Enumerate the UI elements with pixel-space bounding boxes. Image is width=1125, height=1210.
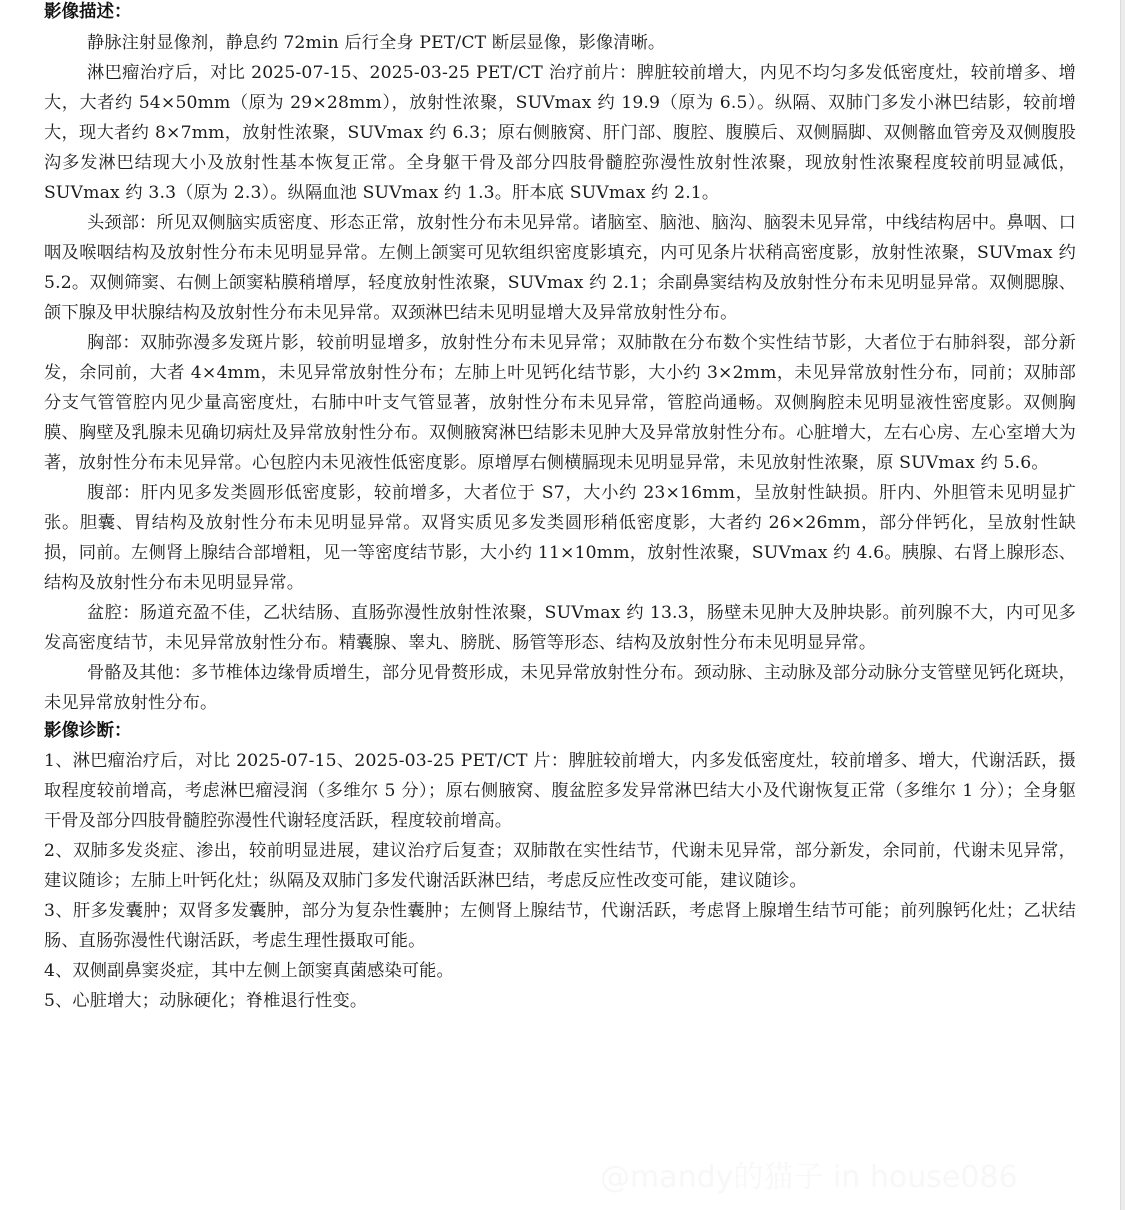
description-paragraph-bones-other: 骨骼及其他：多节椎体边缘骨质增生，部分见骨赘形成，未见异常放射性分布。颈动脉、主… [44, 658, 1076, 718]
description-paragraph-head-neck: 头颈部：所见双侧脑实质密度、形态正常，放射性分布未见异常。诸脑室、脑池、脑沟、脑… [44, 208, 1076, 328]
diagnosis-item: 2、双肺多发炎症、渗出，较前明显进展，建议治疗后复查；双肺散在实性结节，代谢未见… [44, 836, 1076, 896]
description-paragraph-lymphoma-comparison: 淋巴瘤治疗后，对比 2025-07-15、2025-03-25 PET/CT 治… [44, 58, 1076, 208]
description-paragraph-technique: 静脉注射显像剂，静息约 72min 后行全身 PET/CT 断层显像，影像清晰。 [44, 28, 1076, 58]
imaging-diagnosis-list: 1、淋巴瘤治疗后，对比 2025-07-15、2025-03-25 PET/CT… [44, 746, 1076, 1016]
description-paragraph-abdomen: 腹部：肝内见多发类圆形低密度影，较前增多，大者位于 S7，大小约 23×16mm… [44, 478, 1076, 598]
diagnosis-item: 3、肝多发囊肿；双肾多发囊肿，部分为复杂性囊肿；左侧肾上腺结节，代谢活跃，考虑肾… [44, 896, 1076, 956]
report-page: 影像描述： 静脉注射显像剂，静息约 72min 后行全身 PET/CT 断层显像… [44, 0, 1076, 1016]
imaging-description-section: 静脉注射显像剂，静息约 72min 后行全身 PET/CT 断层显像，影像清晰。… [44, 28, 1076, 718]
watermark: @mandy的猫子 in house086 [600, 1152, 1018, 1196]
diagnosis-item: 4、双侧副鼻窦炎症，其中左侧上颌窦真菌感染可能。 [44, 956, 1076, 986]
imaging-diagnosis-heading: 影像诊断： [44, 719, 1076, 743]
description-paragraph-chest: 胸部：双肺弥漫多发斑片影，较前明显增多，放射性分布未见异常；双肺散在分布数个实性… [44, 328, 1076, 478]
description-paragraph-pelvis: 盆腔：肠道充盈不佳，乙状结肠、直肠弥漫性放射性浓聚，SUVmax 约 13.3，… [44, 598, 1076, 658]
diagnosis-item: 1、淋巴瘤治疗后，对比 2025-07-15、2025-03-25 PET/CT… [44, 746, 1076, 836]
scrollbar-edge[interactable] [1120, 0, 1125, 1210]
imaging-description-heading: 影像描述： [44, 0, 1076, 24]
diagnosis-item: 5、心脏增大；动脉硬化；脊椎退行性变。 [44, 986, 1076, 1016]
